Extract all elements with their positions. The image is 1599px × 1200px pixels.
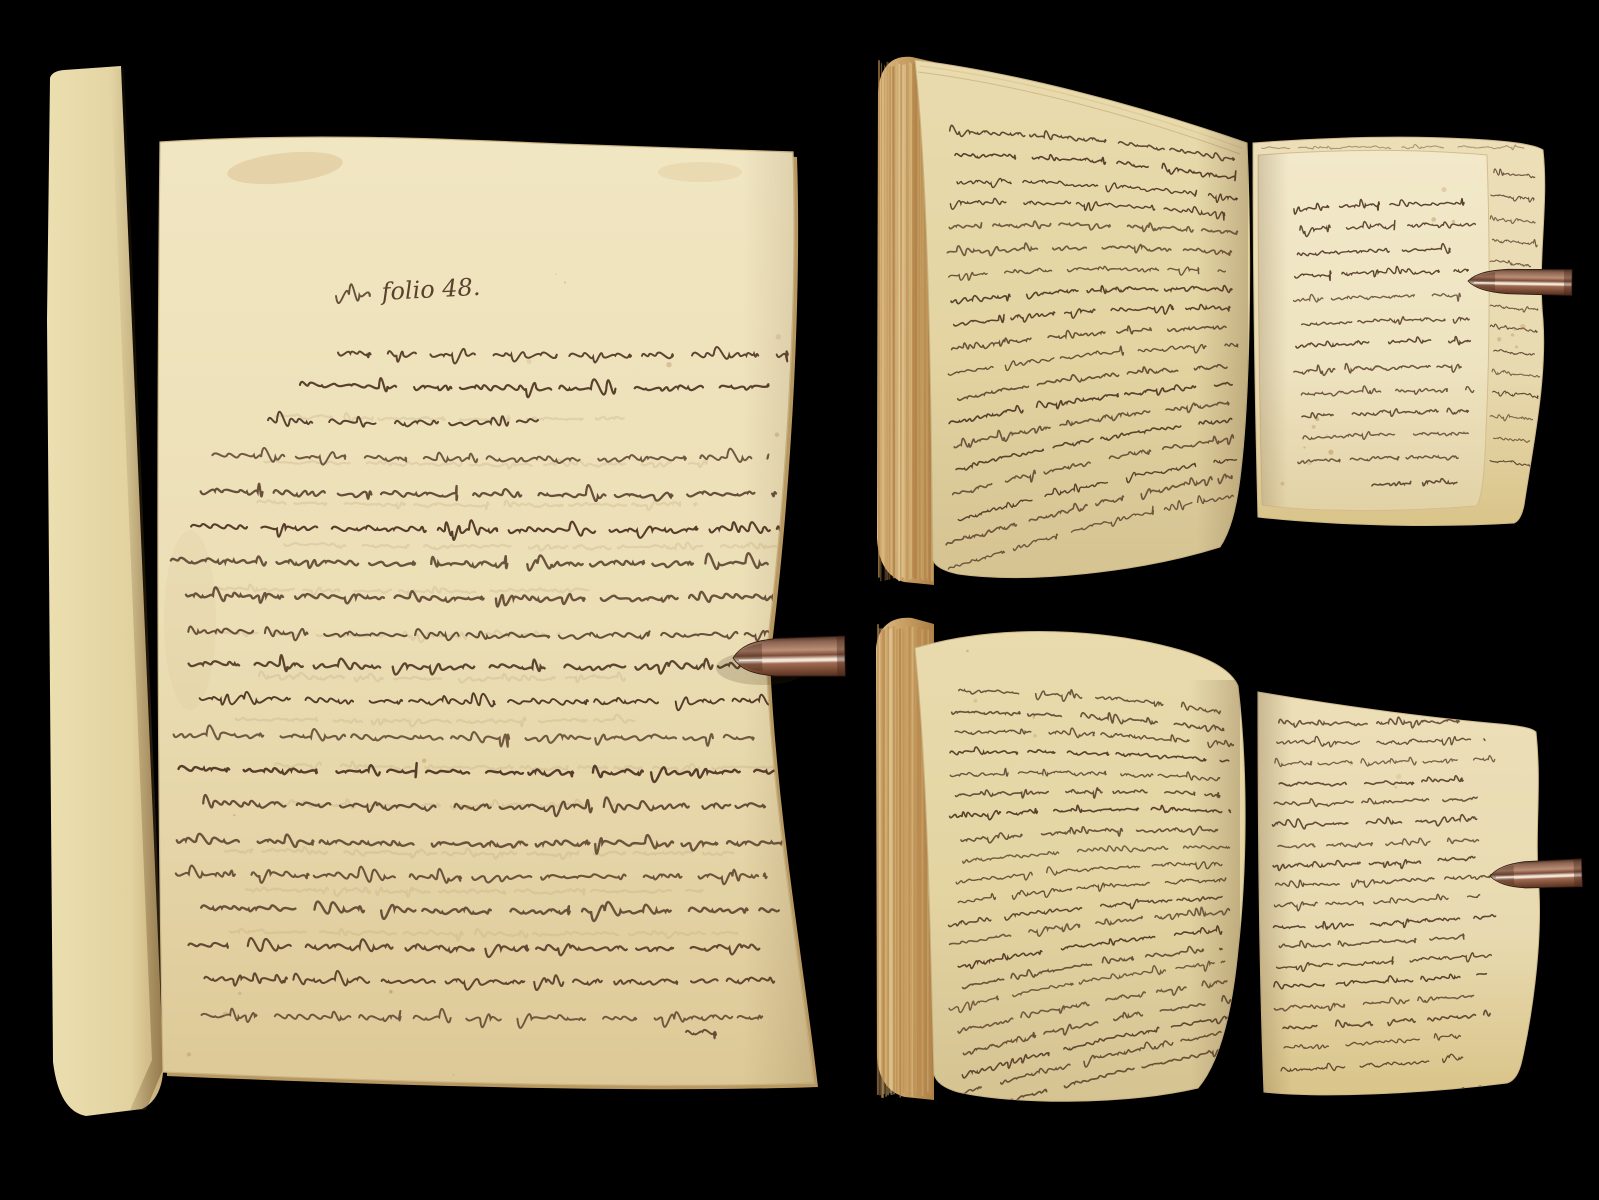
foxing-spot xyxy=(389,990,393,994)
page-stack-streak xyxy=(890,66,891,579)
pointer-end-face xyxy=(1564,269,1572,295)
manuscript-photo-collage: folio 48. xyxy=(0,0,1599,1200)
foxing-spot xyxy=(966,650,969,653)
page-stack-streak xyxy=(907,64,908,577)
foxing-spot xyxy=(1520,324,1526,330)
page-heading: folio 48. xyxy=(379,273,481,306)
page-stack-streak xyxy=(917,631,918,1095)
page-stack-streak xyxy=(903,65,904,578)
foxing-spot xyxy=(1513,328,1516,331)
page-stack-streak xyxy=(907,626,908,1093)
foxing-spot xyxy=(1511,333,1514,336)
foxing-spot xyxy=(1312,425,1316,429)
foxing-spot xyxy=(1281,482,1285,486)
foxing-spot xyxy=(233,814,235,816)
manuscript-page xyxy=(158,137,814,1085)
pointer-end-face xyxy=(837,636,846,676)
open-book-top-right-photo xyxy=(877,57,1572,585)
manuscript-collage-svg: folio 48. xyxy=(0,0,1599,1200)
page-stack-streak xyxy=(905,64,906,580)
page-stack-streak xyxy=(893,66,894,578)
foxing-spot xyxy=(187,1052,191,1056)
foxing-spot xyxy=(453,1074,455,1076)
foxing-spot xyxy=(1303,447,1305,449)
foxing-spot xyxy=(1396,774,1401,779)
page-stack-streak xyxy=(901,62,902,581)
foxing-spot xyxy=(1326,434,1328,436)
foxing-spot xyxy=(973,699,977,703)
foxing-spot xyxy=(238,992,241,995)
page-stack-streak xyxy=(882,629,883,1098)
book-right-page xyxy=(1258,692,1540,1095)
gutter-shade xyxy=(1258,690,1292,1100)
foxing-spot xyxy=(1441,187,1446,192)
foxing-spot xyxy=(1033,734,1037,738)
foxing-spot xyxy=(1328,450,1333,455)
foxing-spot xyxy=(526,359,531,364)
foxing-spot xyxy=(1315,417,1319,421)
foxing-spot xyxy=(1421,678,1426,683)
open-book-bottom-right-photo xyxy=(876,618,1582,1116)
gutter-shade xyxy=(1196,130,1248,560)
foxing-spot xyxy=(1394,786,1397,789)
sheet-gutter-shade xyxy=(1258,150,1288,510)
page-stack-streak xyxy=(885,65,886,581)
foxing-spot xyxy=(1515,345,1518,348)
foxing-spot xyxy=(1349,762,1353,766)
foxing-spot xyxy=(465,805,470,810)
foxing-spot xyxy=(1431,217,1436,222)
page-stack-streak xyxy=(881,63,882,581)
foxing-spot xyxy=(1307,461,1312,466)
foxing-spot xyxy=(1032,716,1035,719)
pointer-end-face xyxy=(1573,859,1582,887)
foxing-spot xyxy=(666,362,672,368)
paper-stain xyxy=(164,530,216,710)
page-stack-streak xyxy=(879,628,880,1095)
left-manuscript-photo: folio 48. xyxy=(47,66,845,1116)
page-edge-shade xyxy=(742,150,814,1085)
gutter-shade xyxy=(1190,680,1240,1110)
paper-stain xyxy=(658,162,742,182)
page-stack-streak xyxy=(912,627,913,1097)
foxing-spot xyxy=(555,273,557,275)
foxing-spot xyxy=(223,1012,228,1017)
page-stack-streak xyxy=(916,62,917,579)
foxing-spot xyxy=(422,759,426,763)
foxing-spot xyxy=(564,281,566,283)
page-stack-streak xyxy=(916,626,917,1092)
foxing-spot xyxy=(1497,337,1501,341)
foxing-spot xyxy=(1452,220,1456,224)
